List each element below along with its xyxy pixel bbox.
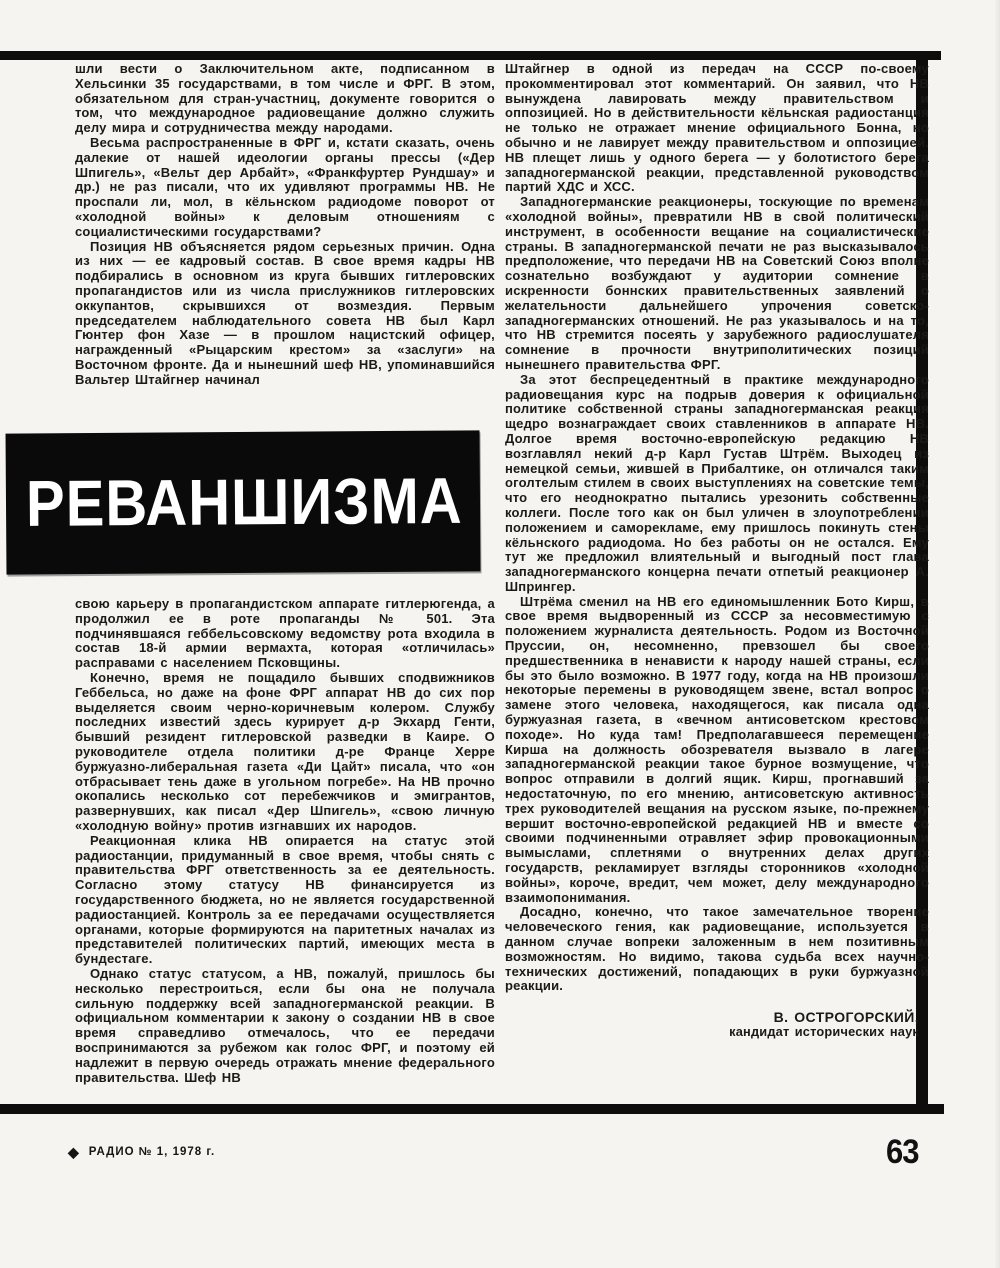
right-column: Штайгнер в одной из передач на СССР по-с… <box>505 62 929 1040</box>
author-name: В. ОСТРОГОРСКИЙ, <box>505 1010 919 1025</box>
headline-text: РЕВАНШИЗМА <box>26 463 463 541</box>
author-signature: В. ОСТРОГОРСКИЙ, кандидат исторических н… <box>505 1010 929 1040</box>
journal-issue-label: РАДИО № 1, 1978 г. <box>89 1146 215 1158</box>
paragraph: Позиция НВ объясняется рядом серьезных п… <box>75 240 495 388</box>
paragraph: Конечно, время не пощадило бывших сподви… <box>75 671 495 834</box>
page-number: 63 <box>886 1132 918 1172</box>
author-title: кандидат исторических наук <box>505 1025 919 1040</box>
diamond-icon: ◆ <box>68 1147 80 1158</box>
paragraph: Штрёма сменил на НВ его единомышленник Б… <box>505 595 929 906</box>
paragraph: Западногерманские реакционеры, тоскующие… <box>505 195 929 373</box>
magazine-page: шли вести о Заключительном акте, подписа… <box>0 0 1000 1268</box>
frame-bottom-bar <box>0 1104 944 1114</box>
left-column-top: шли вести о Заключительном акте, подписа… <box>75 62 495 388</box>
frame-top-bar <box>0 51 941 60</box>
headline-banner: РЕВАНШИЗМА <box>6 430 481 574</box>
footer-journal-line: ◆ РАДИО № 1, 1978 г. <box>68 1146 215 1158</box>
paragraph: Весьма распространенные в ФРГ и, кстати … <box>75 136 495 240</box>
paragraph: Штайгнер в одной из передач на СССР по-с… <box>505 62 929 195</box>
paragraph: Реакционная клика НВ опирается на статус… <box>75 834 495 967</box>
paragraph: Досадно, конечно, что такое замечательно… <box>505 905 929 994</box>
left-column-bottom: свою карьеру в пропагандистском аппарате… <box>75 597 495 1085</box>
paragraph: Однако статус статусом, а НВ, пожалуй, п… <box>75 967 495 1085</box>
paragraph: шли вести о Заключительном акте, подписа… <box>75 62 495 136</box>
scan-edge-shadow <box>994 0 1000 1268</box>
paragraph: За этот беспрецедентный в практике между… <box>505 373 929 595</box>
paragraph: свою карьеру в пропагандистском аппарате… <box>75 597 495 671</box>
